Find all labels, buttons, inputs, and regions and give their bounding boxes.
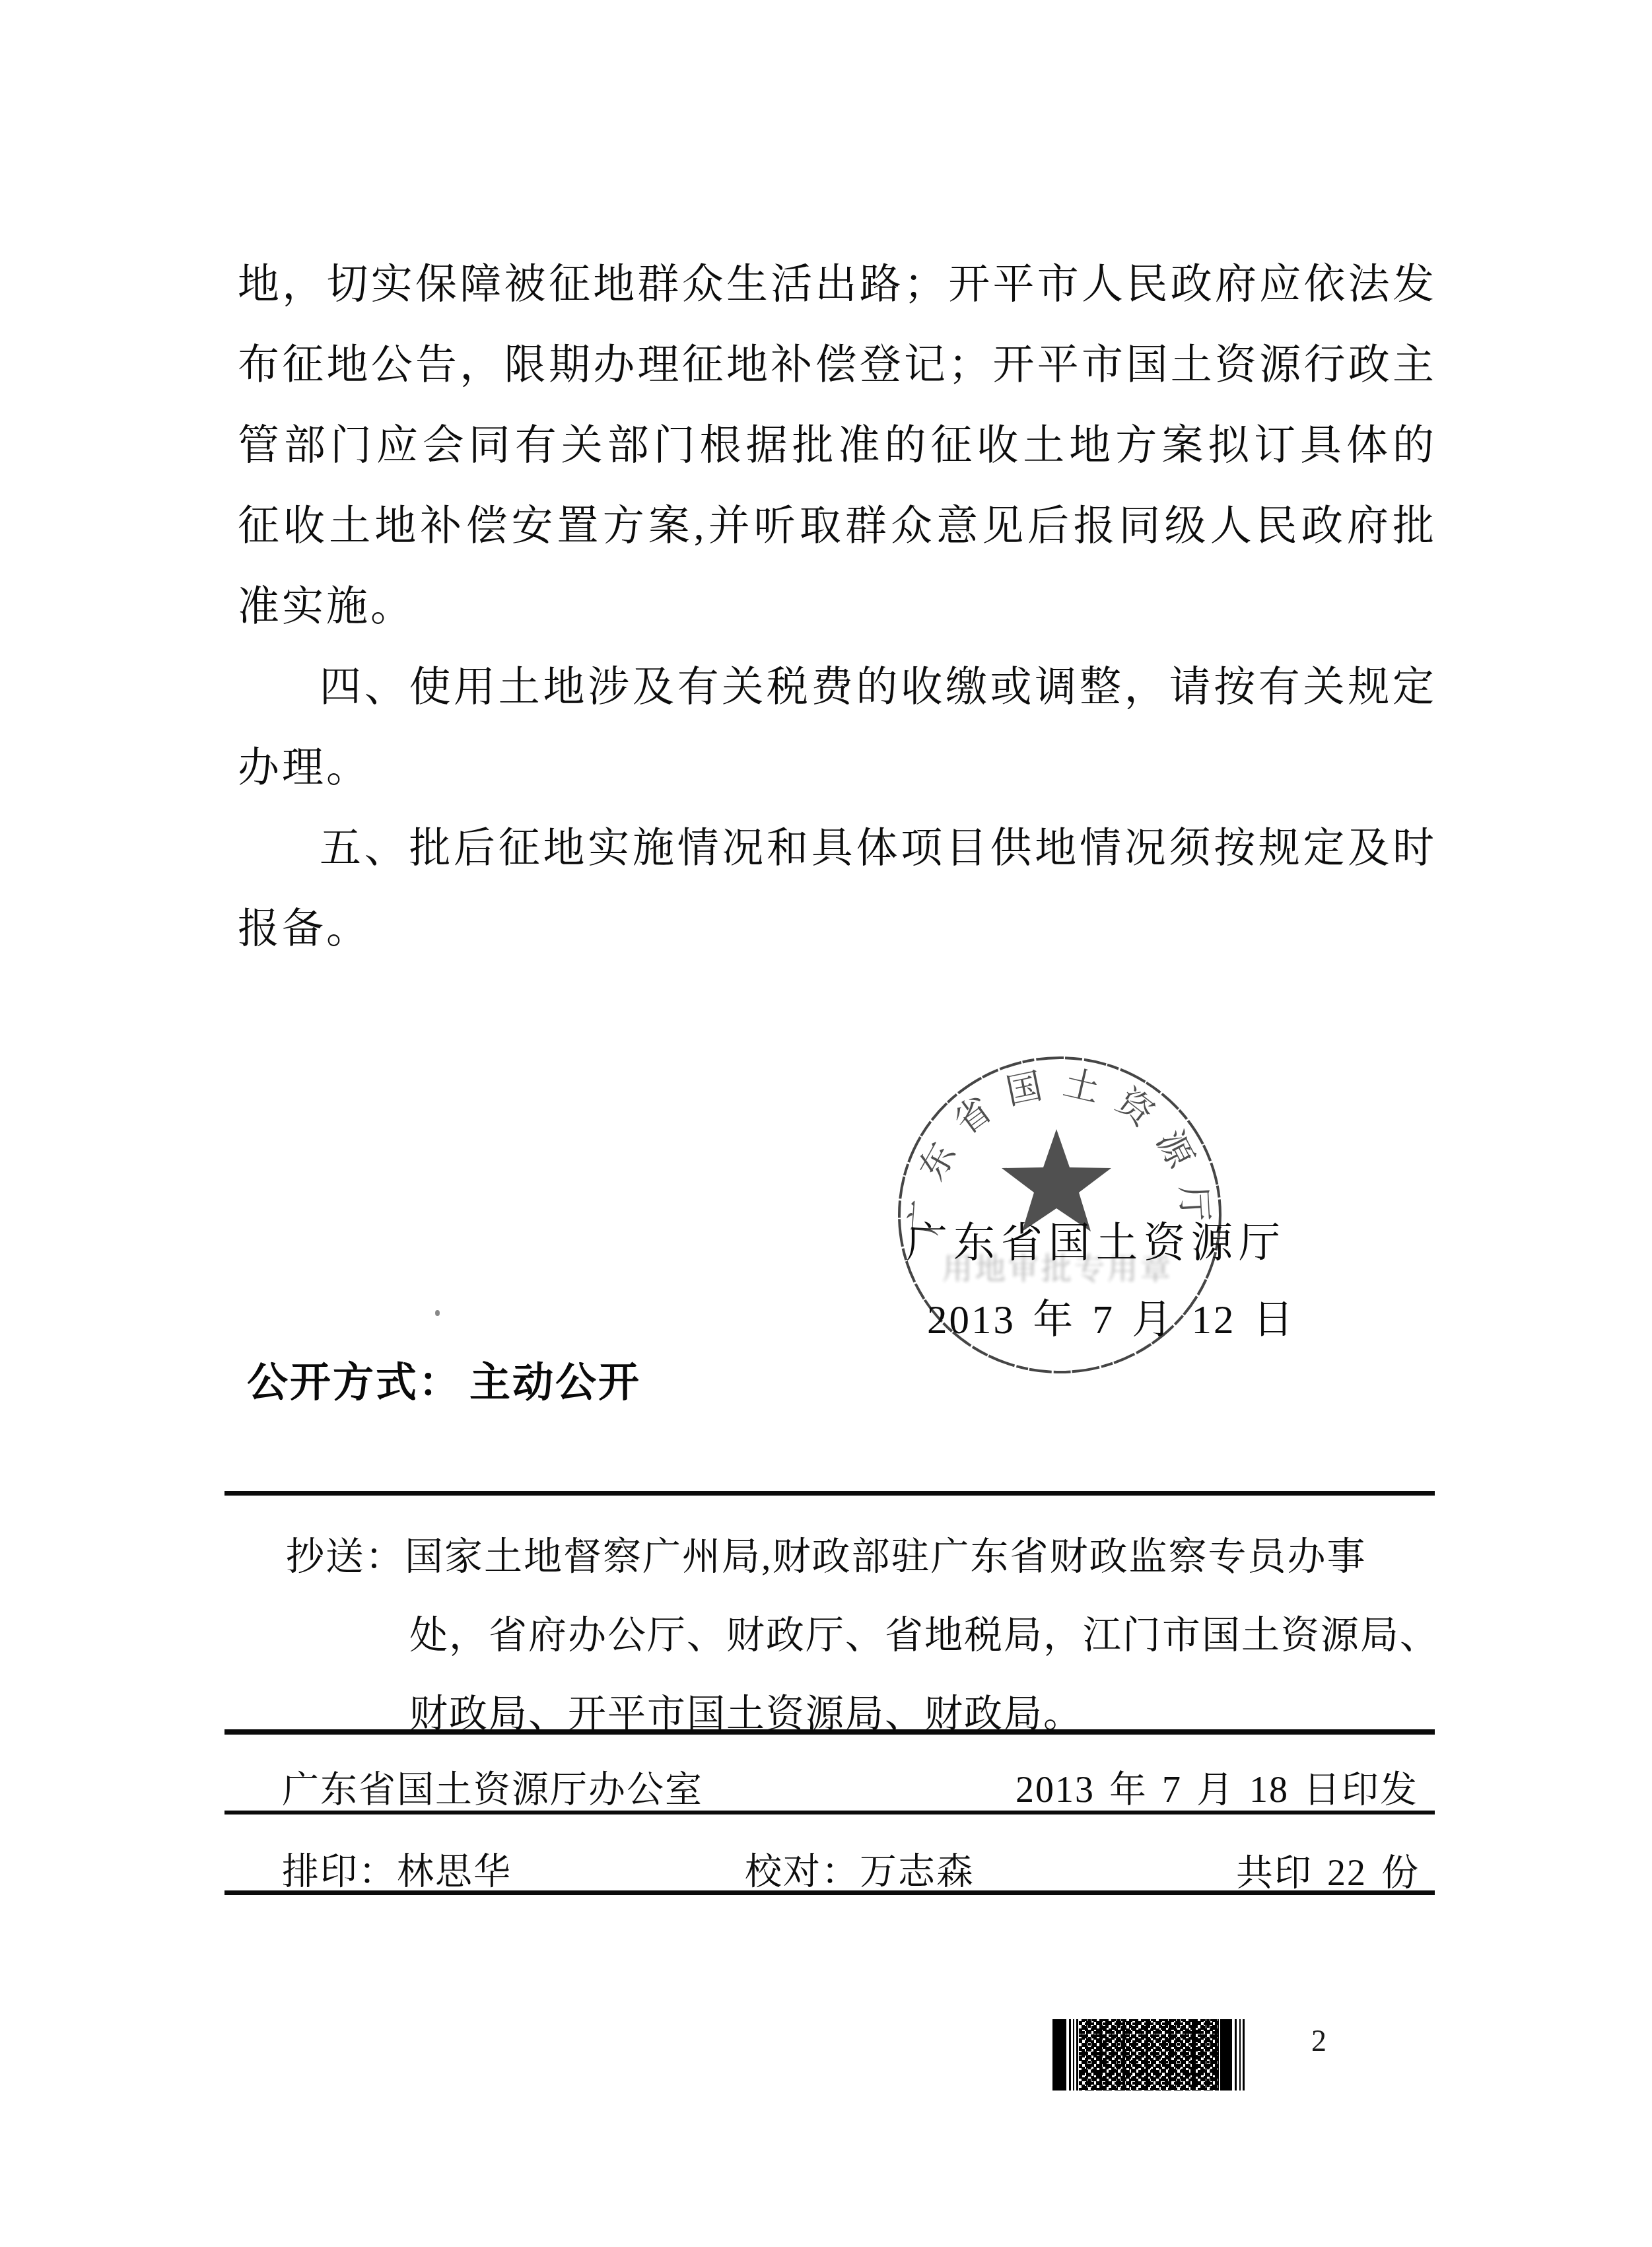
issuing-authority: 广东省国土资源厅 [906, 1209, 1286, 1269]
barcode-bar [1069, 2019, 1071, 2091]
body-line: 征收土地补偿安置方案,并听取群众意见后报同级人民政府批 [238, 485, 1434, 566]
body-line: 布征地公告，限期办理征地补偿登记；开平市国土资源行政主 [238, 324, 1434, 405]
document-page: 地，切实保障被征地群众生活出路；开平市人民政府应依法发 布征地公告，限期办理征地… [0, 0, 1652, 2247]
divider [224, 1811, 1435, 1815]
body-line: 办理。 [238, 727, 1434, 808]
cc-line: 处，省府办公厅、财政厅、省地税局，江门市国土资源局、 [409, 1604, 1439, 1659]
body-line: 五、批后征地实施情况和具体项目供地情况须按规定及时 [238, 808, 1434, 888]
footer-print-date: 2013 年 7 月 18 日印发 [1015, 1760, 1418, 1813]
disclosure-label: 公开方式： [247, 1360, 462, 1406]
issue-date: 2013 年 7 月 12 日 [927, 1288, 1295, 1345]
cc-line: 抄送：国家土地督察广州局,财政部驻广东省财政监察专员办事 [286, 1525, 1367, 1581]
divider [224, 1890, 1435, 1895]
footer-proofreader: 校对：万志森 [745, 1842, 975, 1895]
body-line: 报备。 [238, 888, 1434, 969]
divider [224, 1491, 1435, 1496]
scan-artifact [435, 1310, 440, 1316]
disclosure-line: 公开方式：主动公开 [247, 1362, 641, 1405]
barcode-bar [1243, 2019, 1245, 2091]
body-line: 四、使用土地涉及有关税费的收缴或调整，请按有关规定 [238, 646, 1434, 727]
barcode-bar [1239, 2019, 1241, 2091]
body-line: 准实施。 [238, 566, 1434, 646]
barcode-bar [1220, 2019, 1232, 2091]
barcode-bar [1073, 2019, 1074, 2091]
divider [224, 1729, 1435, 1735]
barcode [1052, 2019, 1245, 2091]
barcode-data-region [1079, 2019, 1219, 2091]
footer-office: 广东省国土资源厅办公室 [282, 1760, 703, 1813]
body-line: 管部门应会同有关部门根据批准的征收土地方案拟订具体的 [238, 405, 1434, 485]
page-number: 2 [1311, 2023, 1326, 2058]
footer-typesetter: 排印：林思华 [282, 1842, 512, 1895]
barcode-bar [1235, 2019, 1237, 2091]
document-body: 地，切实保障被征地群众生活出路；开平市人民政府应依法发 布征地公告，限期办理征地… [238, 244, 1434, 969]
barcode-bar [1052, 2019, 1066, 2091]
barcode-bar [1076, 2019, 1078, 2091]
body-line: 地，切实保障被征地群众生活出路；开平市人民政府应依法发 [238, 244, 1434, 324]
footer-copies: 共印 22 份 [1236, 1844, 1420, 1896]
disclosure-value: 主动公开 [469, 1360, 641, 1406]
